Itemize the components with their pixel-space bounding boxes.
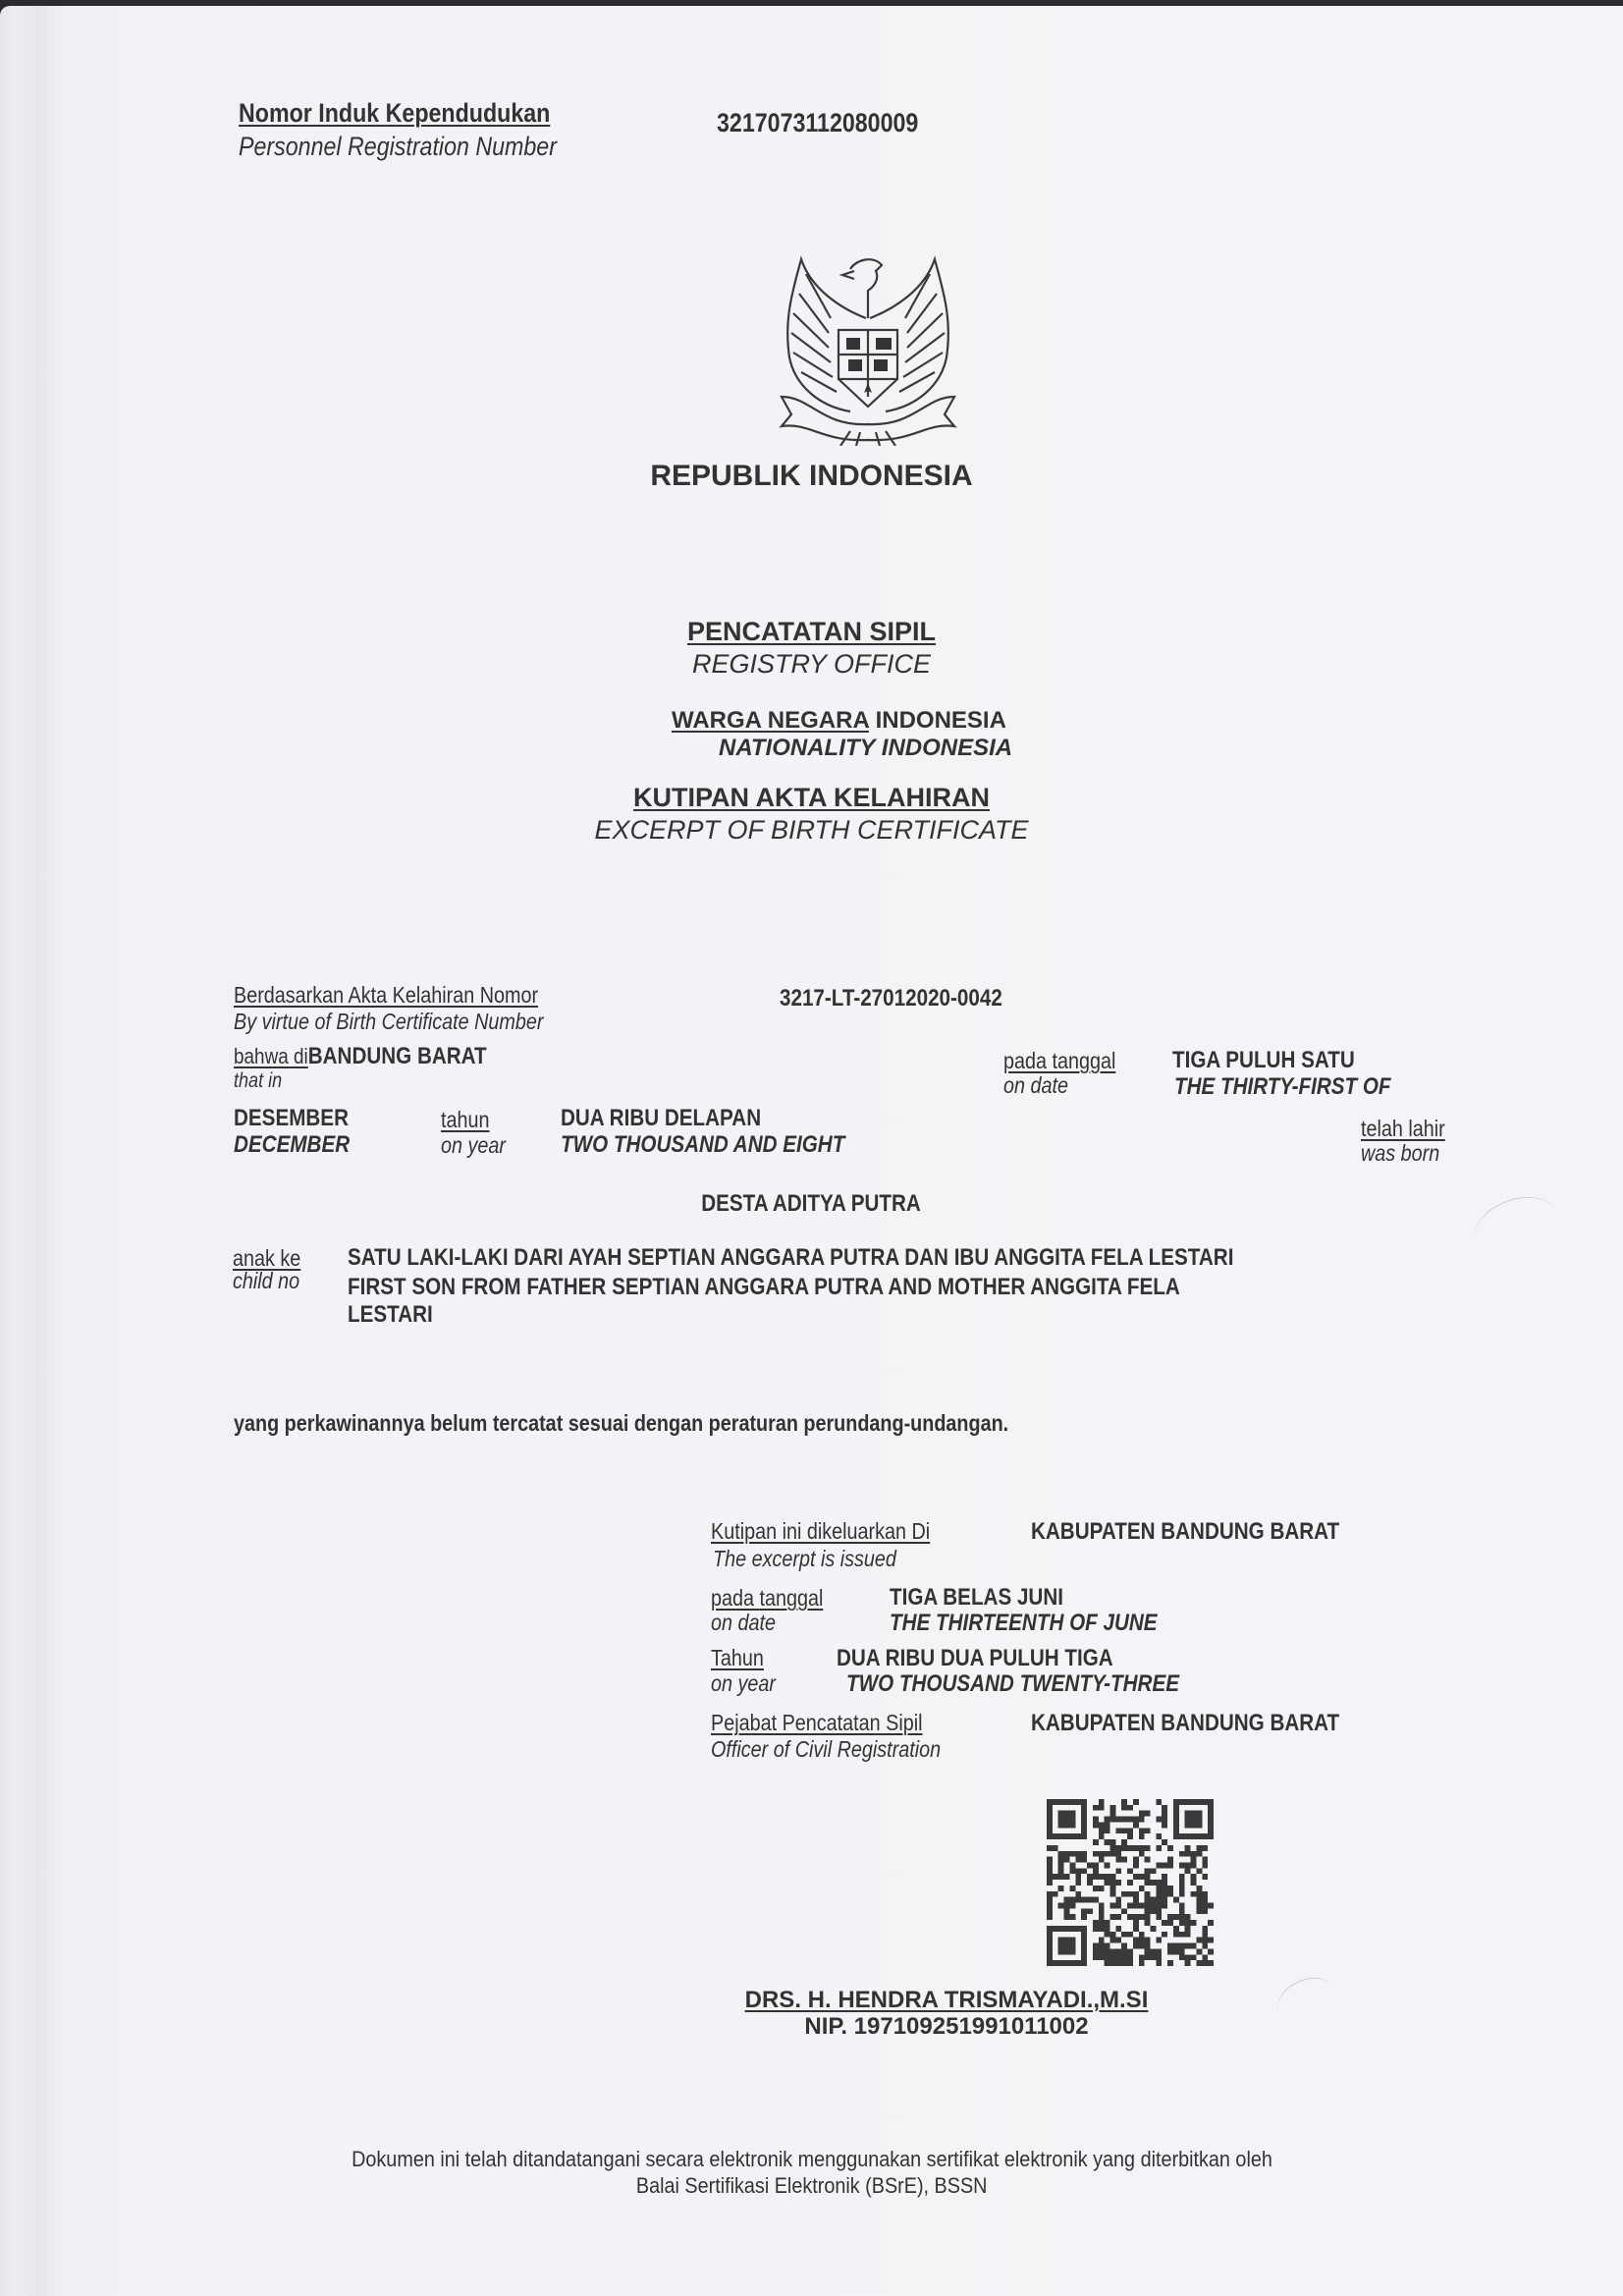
birth-date-label-en: on date	[1003, 1072, 1068, 1099]
office-title-id: PENCATATAN SIPIL	[687, 617, 936, 646]
birth-date-label-id: pada tanggal	[1003, 1048, 1115, 1074]
child-desc-en-line2: LESTARI	[348, 1301, 433, 1329]
nationality-row-en: NATIONALITY INDONESIA	[719, 735, 1012, 762]
footer-line1: Dokumen ini telah ditandatangani secara …	[352, 2147, 1272, 2172]
birth-day-en: THE THIRTY-FIRST OF	[1174, 1073, 1391, 1101]
nik-label-id: Nomor Induk Kependudukan	[239, 98, 550, 129]
nationality-value-id: INDONESIA	[876, 707, 1006, 734]
place-row: bahwa diBANDUNG BARAT	[234, 1043, 487, 1070]
issued-label-id: Kutipan ini dikeluarkan Di	[711, 1518, 930, 1545]
nik-label-en: Personnel Registration Number	[239, 132, 557, 162]
officer-region: KABUPATEN BANDUNG BARAT	[1031, 1710, 1339, 1737]
doc-title-en: EXCERPT OF BIRTH CERTIFICATE	[0, 815, 1623, 846]
birth-year-id: DUA RIBU DELAPAN	[561, 1105, 761, 1132]
place-label-id: bahwa di	[234, 1044, 308, 1068]
nationality-label-id: WARGA NEGARA	[672, 707, 869, 734]
birth-year-label-en: on year	[441, 1132, 506, 1159]
office-title-en: REGISTRY OFFICE	[0, 649, 1623, 680]
place-label-en: that in	[234, 1069, 282, 1093]
issue-date-en: THE THIRTEENTH OF JUNE	[890, 1610, 1158, 1637]
signatory-name: DRS. H. HENDRA TRISMAYADI.,M.SI	[745, 1987, 1149, 2013]
garuda-pancasila-emblem-icon	[772, 249, 964, 446]
footer-line2: Balai Sertifikasi Elektronik (BSrE), BSS…	[636, 2173, 988, 2199]
certificate-page: Nomor Induk Kependudukan Personnel Regis…	[0, 6, 1623, 2296]
birth-year-en: TWO THOUSAND AND EIGHT	[561, 1131, 844, 1159]
place-value: BANDUNG BARAT	[308, 1043, 487, 1069]
birth-month-id: DESEMBER	[234, 1105, 349, 1132]
nationality-row-id: WARGA NEGARA INDONESIA	[672, 707, 1006, 735]
issue-year-id: DUA RIBU DUA PULUH TIGA	[837, 1645, 1113, 1672]
issued-label-en: The excerpt is issued	[713, 1546, 896, 1572]
country-title: REPUBLIK INDONESIA	[0, 460, 1623, 493]
signatory-nip: NIP. 197109251991011002	[0, 2013, 1623, 2041]
officer-label-id: Pejabat Pencatatan Sipil	[711, 1710, 923, 1736]
child-desc-id: SATU LAKI-LAKI DARI AYAH SEPTIAN ANGGARA…	[348, 1244, 1233, 1272]
cert-label-en: By virtue of Birth Certificate Number	[234, 1009, 543, 1035]
nationality-label-en: NATIONALITY	[719, 735, 875, 761]
doc-title-id: KUTIPAN AKTA KELAHIRAN	[633, 783, 990, 812]
qr-code-icon	[1047, 1799, 1214, 1966]
marriage-note: yang perkawinannya belum tercatat sesuai…	[234, 1410, 1008, 1437]
nationality-value-en: INDONESIA	[882, 735, 1012, 761]
cert-number: 3217-LT-27012020-0042	[780, 985, 1002, 1012]
birth-year-label-id: tahun	[441, 1107, 490, 1133]
child-desc-en-line1: FIRST SON FROM FATHER SEPTIAN ANGGARA PU…	[348, 1274, 1180, 1301]
child-no-label-en: child no	[233, 1268, 299, 1294]
issue-year-label-id: Tahun	[711, 1645, 764, 1671]
issue-year-en: TWO THOUSAND TWENTY-THREE	[846, 1670, 1179, 1698]
issue-year-label-en: on year	[711, 1670, 776, 1697]
birth-day-id: TIGA PULUH SATU	[1172, 1047, 1355, 1074]
born-label-id: telah lahir	[1361, 1116, 1445, 1142]
issue-date-label-id: pada tanggal	[711, 1585, 823, 1612]
officer-label-en: Officer of Civil Registration	[711, 1736, 941, 1763]
cert-label-id: Berdasarkan Akta Kelahiran Nomor	[234, 982, 538, 1009]
issued-place: KABUPATEN BANDUNG BARAT	[1031, 1518, 1339, 1546]
birth-month-en: DECEMBER	[234, 1131, 350, 1159]
born-label-en: was born	[1361, 1140, 1439, 1167]
issue-date-id: TIGA BELAS JUNI	[890, 1584, 1063, 1612]
issue-date-label-en: on date	[711, 1610, 776, 1636]
child-name: DESTA ADITYA PUTRA	[702, 1190, 922, 1218]
nik-value: 3217073112080009	[717, 108, 918, 138]
